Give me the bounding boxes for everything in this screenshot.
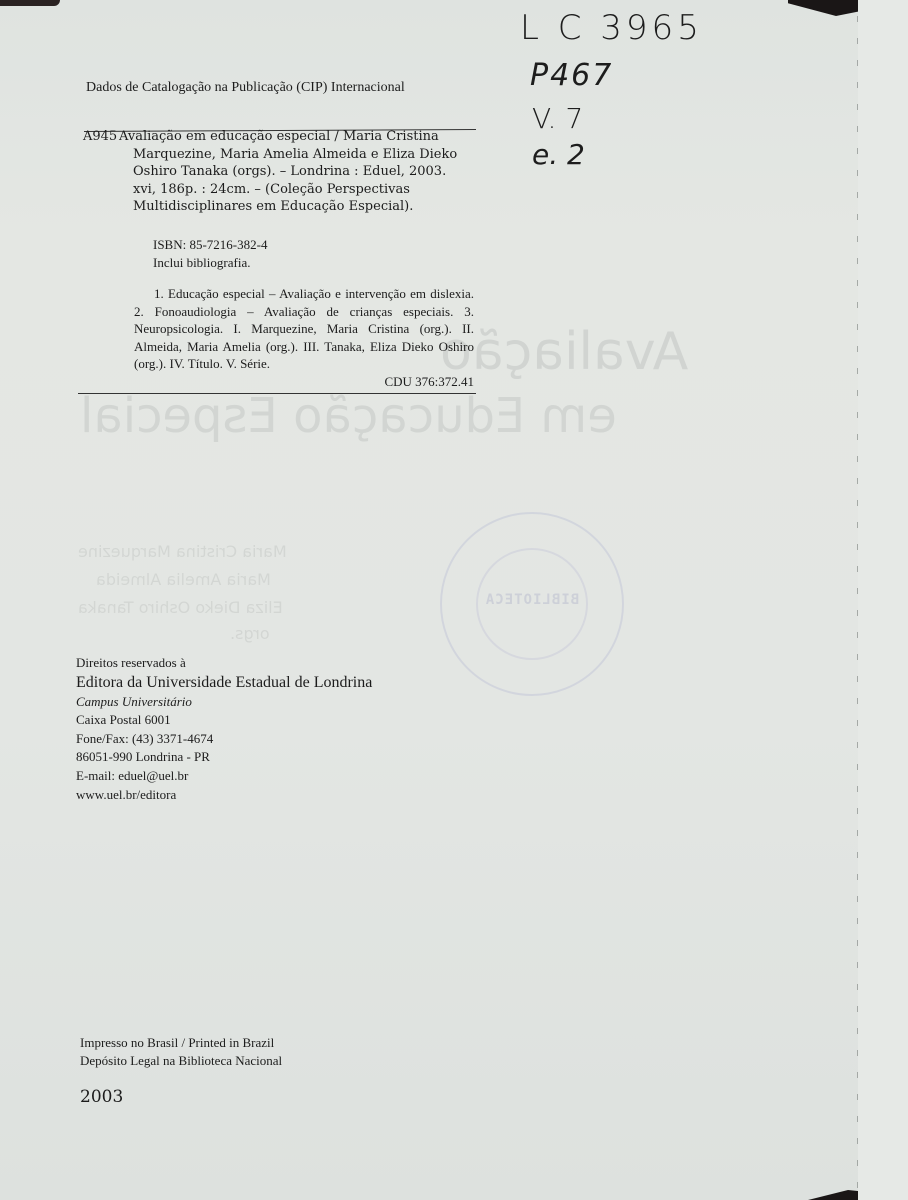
- next-page-edge: [858, 0, 908, 1200]
- isbn-block: ISBN: 85-7216-382-4 Inclui bibliografia.: [153, 236, 267, 271]
- show-through-author: Maria Amelia Almeida: [96, 570, 271, 589]
- publisher-website: www.uel.br/editora: [76, 786, 372, 805]
- page-fold-line: [857, 16, 858, 1196]
- cip-entry-line: Oshiro Tanaka (orgs). – Londrina : Eduel…: [119, 163, 475, 181]
- show-through-author: orgs.: [230, 624, 270, 643]
- bibliography-note: Inclui bibliografia.: [153, 254, 267, 272]
- cip-entry-line: Multidisciplinares em Educação Especial)…: [119, 198, 475, 216]
- cutter-code: A945: [83, 128, 117, 146]
- library-stamp: BIBLIOTECA: [440, 512, 624, 696]
- show-through-author: Maria Cristina Marquezine: [78, 542, 287, 561]
- cip-entry: A945 Avaliação em educação especial / Ma…: [83, 128, 475, 216]
- call-number-line: V. 7: [532, 102, 583, 135]
- publisher-email: E-mail: eduel@uel.br: [76, 767, 372, 786]
- rights-notice: Direitos reservados à: [76, 654, 372, 673]
- publisher-phone: Fone/Fax: (43) 3371-4674: [76, 730, 372, 749]
- subject-text: 1. Educação especial – Avaliação e inter…: [134, 285, 474, 373]
- cdu-classification: CDU 376:372.41: [134, 373, 474, 391]
- publisher-info: Direitos reservados à Editora da Univers…: [76, 654, 372, 804]
- isbn: ISBN: 85-7216-382-4: [153, 236, 267, 254]
- cip-entry-line: Avaliação em educação especial / Maria C…: [119, 128, 475, 146]
- cip-entry-line: xvi, 186p. : 24cm. – (Coleção Perspectiv…: [119, 181, 475, 199]
- show-through-author: Eliza Dieko Oshiro Tanaka: [78, 598, 283, 617]
- printed-in: Impresso no Brasil / Printed in Brazil: [80, 1034, 282, 1052]
- call-number-line: e. 2: [532, 138, 585, 171]
- publisher-campus: Campus Universitário: [76, 693, 372, 712]
- cip-entry-line: Marquezine, Maria Amelia Almeida e Eliza…: [119, 146, 475, 164]
- publisher-po-box: Caixa Postal 6001: [76, 711, 372, 730]
- cip-heading: Dados de Catalogação na Publicação (CIP)…: [86, 80, 405, 96]
- publisher-city: 86051-990 Londrina - PR: [76, 748, 372, 767]
- show-through-subtitle: em Educação Especial: [80, 388, 617, 444]
- publisher-name: Editora da Universidade Estadual de Lond…: [76, 673, 372, 693]
- legal-deposit: Depósito Legal na Biblioteca Nacional: [80, 1052, 282, 1070]
- subject-headings: 1. Educação especial – Avaliação e inter…: [134, 285, 474, 390]
- book-page: Avaliação em Educação Especial Maria Cri…: [0, 0, 908, 1200]
- library-stamp-text: BIBLIOTECA: [442, 592, 622, 608]
- call-number-line: P467: [530, 58, 613, 93]
- print-info: Impresso no Brasil / Printed in Brazil D…: [80, 1034, 282, 1070]
- page-corner-shadow: [0, 0, 60, 6]
- divider: [78, 393, 476, 394]
- publication-year: 2003: [80, 1087, 123, 1107]
- call-number-line: L C 3965: [520, 8, 703, 48]
- show-through-title: Avaliação: [440, 322, 688, 382]
